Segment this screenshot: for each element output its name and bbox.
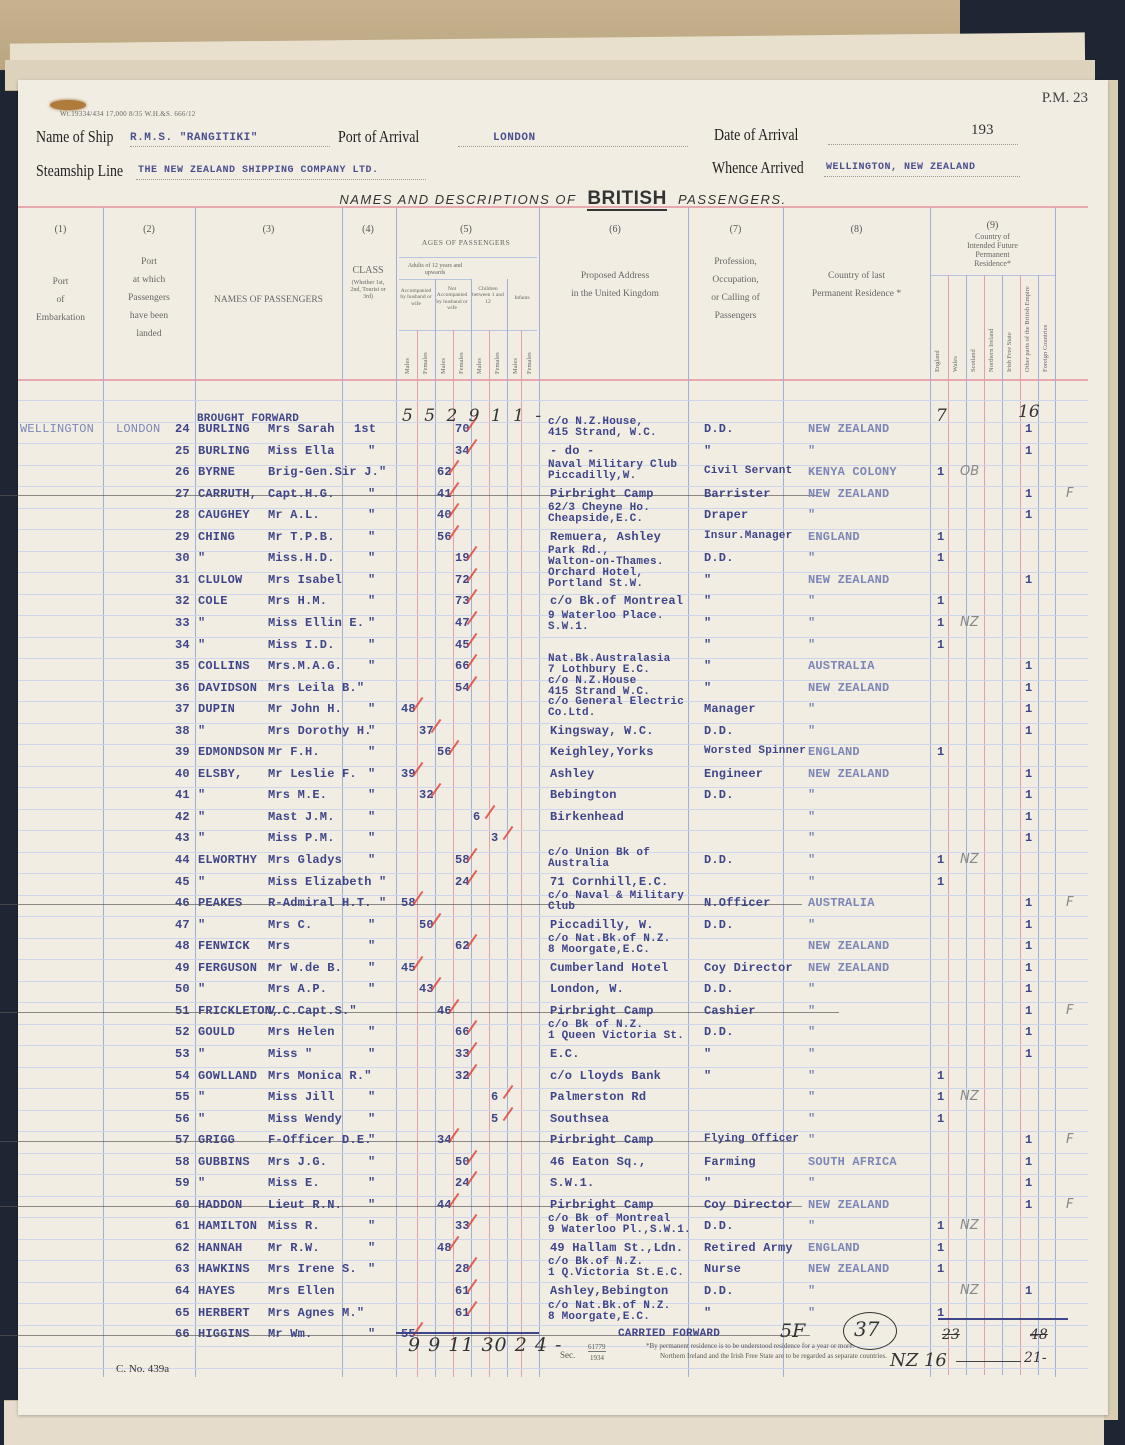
passenger-number: 46 — [175, 896, 190, 910]
proposed-address: 46 Eaton Sq., — [550, 1155, 646, 1169]
passenger-surname: FENWICK — [198, 939, 250, 953]
last-residence: NEW ZEALAND — [808, 767, 889, 781]
passenger-age: 3 — [491, 831, 498, 845]
passenger-given-name: Miss E. — [268, 1176, 320, 1190]
males-subheader: Males — [404, 338, 411, 374]
passenger-class: " — [368, 1219, 375, 1233]
passenger-surname: " — [198, 1112, 205, 1126]
passenger-number: 55 — [175, 1090, 190, 1104]
passenger-given-name: Mrs A.P. — [268, 982, 327, 996]
last-residence: NEW ZEALAND — [808, 1198, 889, 1212]
passenger-given-name: Mrs Helen — [268, 1025, 335, 1039]
last-residence: " — [808, 508, 815, 522]
passenger-given-name: Miss " — [268, 1047, 312, 1061]
proposed-address: Piccadilly, W. — [550, 918, 654, 932]
brought-forward-label: BROUGHT FORWARD — [197, 413, 299, 425]
table-row: 38"Mrs Dorothy H."37Kingsway, W.C.D.D."1 — [18, 722, 1088, 744]
passenger-number: 45 — [175, 875, 190, 889]
passenger-given-name: Miss Jill — [268, 1090, 335, 1104]
intended-residence-mark: 1 — [1025, 982, 1032, 996]
ship-name-value: R.M.S. "RANGITIKI" — [130, 132, 258, 144]
column-header-ages: (5) AGES OF PASSENGERS — [396, 220, 536, 247]
proposed-address-line-2: Australia — [548, 859, 609, 869]
occupation: D.D. — [704, 918, 734, 932]
pencil-annotation: F — [1066, 1197, 1073, 1212]
passenger-class: " — [368, 853, 375, 867]
passenger-number: 65 — [175, 1306, 190, 1320]
form-id: P.M. 23 — [1042, 90, 1088, 107]
intended-residence-mark: 1 — [937, 638, 944, 652]
table-row: 28CAUGHEYMr A.L."4062/3 Cheyne Ho.Cheaps… — [18, 506, 1088, 528]
proposed-address-line-2: 1 Q.Victoria St.E.C. — [548, 1268, 684, 1278]
footnote: *By permanent residence is to be underst… — [646, 1342, 887, 1362]
brought-forward-england-total: 7 — [936, 406, 947, 426]
table-row: 39EDMONDSONMr F.H."56Keighley,YorksWorst… — [18, 743, 1088, 765]
passenger-class: " — [368, 1047, 375, 1061]
proposed-address-line-2: 1 Queen Victoria St. — [548, 1031, 684, 1041]
last-residence: NEW ZEALAND — [808, 1262, 889, 1276]
passenger-given-name: Miss Ellin E. — [268, 616, 364, 630]
passenger-class: " — [368, 1090, 375, 1104]
intended-residence-mark: 1 — [1025, 1176, 1032, 1190]
occupation: D.D. — [704, 1219, 734, 1233]
passenger-number: 39 — [175, 745, 190, 759]
occupation: Flying Officer — [704, 1133, 799, 1145]
intended-residence-mark: 1 — [1025, 1198, 1032, 1212]
passenger-given-name: Mrs Ellen — [268, 1284, 335, 1298]
proposed-address-line-1: c/o N.Z.House, — [548, 417, 643, 427]
passenger-number: 52 — [175, 1025, 190, 1039]
passenger-class: " — [368, 1262, 375, 1276]
occupation: Civil Servant — [704, 465, 792, 477]
passenger-surname: " — [198, 724, 205, 738]
header-bottom-rule — [18, 379, 1088, 381]
passenger-number: 53 — [175, 1047, 190, 1061]
passenger-class: " — [368, 487, 375, 501]
passenger-surname: HAWKINS — [198, 1262, 250, 1276]
passenger-given-name: Brig-Gen.Sir J." — [268, 465, 386, 479]
passenger-class: " — [368, 724, 375, 738]
table-row: 55"Miss Jill"6Palmerston Rd"1NZ — [18, 1088, 1088, 1110]
proposed-address: London, W. — [550, 982, 624, 996]
last-residence: " — [808, 1025, 815, 1039]
occupation: D.D. — [704, 724, 734, 738]
steamship-line-field: Steamship Line — [36, 161, 123, 181]
passenger-given-name: Mrs H.M. — [268, 594, 327, 608]
intended-residence-mark: 1 — [1025, 659, 1032, 673]
proposed-address-line-1: 62/3 Cheyne Ho. — [548, 503, 650, 513]
occupation: Barrister — [704, 487, 771, 501]
intended-residence-mark: 1 — [937, 616, 944, 630]
intended-residence-mark: 1 — [937, 530, 944, 544]
column-header-profession: (7) Profession, Occupation, or Calling o… — [688, 220, 783, 325]
females-subheader: Females — [526, 338, 533, 374]
column-header-port-landed: (2) Port at which Passengers have been l… — [103, 220, 195, 343]
proposed-address-line-1: Park Rd., — [548, 546, 609, 556]
table-row: 44ELWORTHYMrs Gladys"58c/o Union Bk ofAu… — [18, 851, 1088, 873]
occupation: " — [704, 616, 711, 630]
occupation: " — [704, 594, 711, 608]
passenger-class: " — [368, 1241, 375, 1255]
passenger-class: " — [368, 767, 375, 781]
passenger-number: 29 — [175, 530, 190, 544]
c-number: C. No. 439a — [116, 1363, 169, 1375]
header-top-rule — [18, 206, 1088, 208]
proposed-address-line-2: Club — [548, 902, 575, 912]
passenger-class: " — [368, 745, 375, 759]
passenger-number: 50 — [175, 982, 190, 996]
passenger-surname: " — [198, 616, 205, 630]
passenger-class: " — [368, 1025, 375, 1039]
passenger-number: 47 — [175, 918, 190, 932]
date-of-arrival-value: 193 — [971, 122, 994, 139]
last-residence: " — [808, 1112, 815, 1126]
intended-residence-mark: 1 — [1025, 1133, 1032, 1147]
empire-total-final: 21- — [1024, 1350, 1047, 1366]
passenger-number: 61 — [175, 1219, 190, 1233]
intended-residence-mark: 1 — [937, 853, 944, 867]
occupation: Engineer — [704, 767, 763, 781]
passenger-number: 34 — [175, 638, 190, 652]
intended-residence-mark: 1 — [1025, 896, 1032, 910]
table-row: WELLINGTONLONDON24BURLINGMrs Sarah1st70c… — [18, 420, 1088, 442]
table-row: 42"Mast J.M."6Birkenhead"1 — [18, 808, 1088, 830]
passenger-given-name: Mr A.L. — [268, 508, 320, 522]
passenger-surname: BURLING — [198, 444, 250, 458]
proposed-address-line-2: Piccadilly,W. — [548, 471, 636, 481]
ages-adults-subheader: Adults of 12 years and upwards — [400, 263, 470, 277]
passenger-given-name: Mr F.H. — [268, 745, 320, 759]
last-residence: " — [808, 594, 815, 608]
intended-residence-mark: 1 — [937, 745, 944, 759]
passenger-surname: " — [198, 1176, 205, 1190]
passenger-number: 40 — [175, 767, 190, 781]
occupation: Worsted Spinner — [704, 745, 806, 757]
proposed-address-line-2: 415 Strand W.C. — [548, 687, 650, 697]
intended-residence-mark: 1 — [1025, 810, 1032, 824]
passenger-given-name: Miss Ella — [268, 444, 335, 458]
rust-pin-icon — [50, 100, 86, 110]
intended-residence-mark: 1 — [1025, 487, 1032, 501]
proposed-address-line-1: c/o Union Bk of — [548, 848, 650, 858]
passenger-given-name: Mr Wm. — [268, 1327, 312, 1341]
pencil-annotation: NZ — [960, 1089, 979, 1104]
proposed-address-line-1: c/o Bk of Montreal — [548, 1214, 670, 1224]
proposed-address: Pirbright Camp — [550, 1004, 654, 1018]
proposed-address-line-1: c/o General Electric — [548, 697, 684, 707]
last-residence: " — [808, 788, 815, 802]
proposed-address: Kingsway, W.C. — [550, 724, 654, 738]
totals-underline — [938, 1318, 1068, 1320]
occupation: " — [704, 1176, 711, 1190]
passenger-surname: CHING — [198, 530, 235, 544]
passenger-surname: FERGUSON — [198, 961, 257, 975]
passenger-surname: COLLINS — [198, 659, 250, 673]
last-residence: " — [808, 638, 815, 652]
proposed-address: 49 Hallam St.,Ldn. — [550, 1241, 683, 1255]
passenger-number: 42 — [175, 810, 190, 824]
passenger-given-name: Mrs Agnes M." — [268, 1306, 364, 1320]
proposed-address-line-1: c/o Naval & Military — [548, 891, 684, 901]
passenger-number: 35 — [175, 659, 190, 673]
passenger-surname: " — [198, 831, 205, 845]
passenger-age: 5 — [491, 1112, 498, 1126]
last-residence: " — [808, 1306, 815, 1320]
table-row: 37DUPINMr John H."48c/o General Electric… — [18, 700, 1088, 722]
table-row: 54GOWLLANDMrs Monica R."32c/o Lloyds Ban… — [18, 1067, 1088, 1089]
passenger-class: " — [368, 788, 375, 802]
passenger-given-name: Mrs C. — [268, 918, 312, 932]
section-ref: 61779 — [588, 1343, 606, 1352]
pencil-annotation: F — [1066, 1003, 1073, 1018]
intended-residence-mark: 1 — [1025, 1155, 1032, 1169]
occupation: " — [704, 638, 711, 652]
passenger-class: " — [368, 659, 375, 673]
last-residence: " — [808, 1176, 815, 1190]
last-residence: " — [808, 918, 815, 932]
carried-forward-age-totals: 9 9 11 30 2 4 - — [408, 1334, 562, 1356]
passenger-given-name: Mrs M.E. — [268, 788, 327, 802]
occupation: Retired Army — [704, 1241, 793, 1255]
last-residence: NEW ZEALAND — [808, 681, 889, 695]
occupation: D.D. — [704, 1284, 734, 1298]
table-row: 49FERGUSONMr W.de B."45Cumberland HotelC… — [18, 959, 1088, 981]
table-row: 41"Mrs M.E."32BebingtonD.D."1 — [18, 786, 1088, 808]
occupation: Coy Director — [704, 961, 793, 975]
occupation: Coy Director — [704, 1198, 793, 1212]
passenger-number: 62 — [175, 1241, 190, 1255]
passenger-number: 57 — [175, 1133, 190, 1147]
intended-residence-mark: 1 — [1025, 1025, 1032, 1039]
intended-residence-mark: 1 — [1025, 422, 1032, 436]
pencil-annotation: F — [1066, 1132, 1073, 1147]
proposed-address-line-1: c/o Bk.of N.Z. — [548, 1257, 643, 1267]
table-row: 53"Miss ""33E.C.""1 — [18, 1045, 1088, 1067]
intended-residence-subheader: Wales — [952, 280, 959, 372]
passenger-given-name: Mast J.M. — [268, 810, 335, 824]
passenger-given-name: F-Officer D.E. — [268, 1133, 372, 1147]
circled-total-value: 37 — [854, 1317, 879, 1341]
proposed-address-line-1: c/o Nat.Bk.of N.Z. — [548, 1301, 670, 1311]
port-of-arrival-field: Port of Arrival — [338, 127, 419, 147]
intended-residence-mark: 1 — [1025, 444, 1032, 458]
last-residence: " — [808, 444, 815, 458]
passenger-surname: HADDON — [198, 1198, 242, 1212]
passenger-number: 36 — [175, 681, 190, 695]
passenger-class: " — [368, 444, 375, 458]
last-residence: NEW ZEALAND — [808, 422, 889, 436]
passenger-given-name: V.C.Capt.S." — [268, 1004, 357, 1018]
occupation: D.D. — [704, 422, 734, 436]
england-total-struck: 23 — [942, 1327, 960, 1343]
proposed-address: Pirbright Camp — [550, 487, 654, 501]
passenger-given-name: Miss P.M. — [268, 831, 335, 845]
pencil-annotation: NZ — [960, 1283, 979, 1298]
empire-total-struck: 48 — [1030, 1327, 1048, 1343]
passenger-surname: HAMILTON — [198, 1219, 257, 1233]
intended-residence-mark: 1 — [937, 1112, 944, 1126]
table-row: 61HAMILTONMiss R."33c/o Bk of Montreal9 … — [18, 1217, 1088, 1239]
proposed-address: c/o Bk.of Montreal — [550, 594, 683, 608]
passenger-given-name: Mr John H. — [268, 702, 342, 716]
proposed-address: Ashley,Bebington — [550, 1284, 668, 1298]
column-header-proposed-address: (6) Proposed Address in the United Kingd… — [542, 220, 688, 303]
ages-children-subheader: Children between 1 and 12 — [471, 286, 505, 305]
intended-residence-mark: 1 — [1025, 1047, 1032, 1061]
last-residence: " — [808, 1004, 815, 1018]
last-residence: ENGLAND — [808, 1241, 860, 1255]
proposed-address: 71 Cornhill,E.C. — [550, 875, 668, 889]
intended-residence-mark: 1 — [1025, 788, 1032, 802]
passenger-class: " — [368, 530, 375, 544]
last-residence: " — [808, 982, 815, 996]
proposed-address-line-1: c/o N.Z.House — [548, 676, 636, 686]
table-row: 52GOULDMrs Helen"66c/o Bk of N.Z.1 Queen… — [18, 1023, 1088, 1045]
passenger-age: 6 — [491, 1090, 498, 1104]
nz-note: NZ 16 — [890, 1350, 947, 1371]
intended-residence-subheader: England — [934, 280, 941, 372]
passenger-given-name: Miss.H.D. — [268, 551, 335, 565]
proposed-address: Ashley — [550, 767, 594, 781]
port-of-arrival-value: LONDON — [493, 132, 536, 144]
intended-residence-mark: 1 — [1025, 573, 1032, 587]
last-residence: NEW ZEALAND — [808, 939, 889, 953]
proposed-address-line-1: c/o Bk of N.Z. — [548, 1020, 643, 1030]
passenger-surname: HANNAH — [198, 1241, 242, 1255]
last-residence: SOUTH AFRICA — [808, 1155, 897, 1169]
passenger-class: " — [368, 551, 375, 565]
intended-residence-mark: 1 — [937, 1090, 944, 1104]
passenger-number: 43 — [175, 831, 190, 845]
last-residence: NEW ZEALAND — [808, 961, 889, 975]
last-residence: " — [808, 1069, 815, 1083]
intended-residence-mark: 1 — [1025, 724, 1032, 738]
proposed-address: Birkenhead — [550, 810, 624, 824]
passenger-given-name: R-Admiral H.T. " — [268, 896, 386, 910]
passenger-given-name: Mrs J.G. — [268, 1155, 327, 1169]
passenger-surname: COLE — [198, 594, 228, 608]
intended-residence-mark: 1 — [937, 1219, 944, 1233]
passenger-given-name: Miss R. — [268, 1219, 320, 1233]
last-residence: " — [808, 831, 815, 845]
passenger-surname: GOWLLAND — [198, 1069, 257, 1083]
section-label: Sec. — [560, 1350, 575, 1360]
occupation: D.D. — [704, 551, 734, 565]
passenger-number: 28 — [175, 508, 190, 522]
last-residence: " — [808, 1133, 815, 1147]
passenger-class: " — [368, 1133, 375, 1147]
column-header-class: (4) CLASS (Whether 1st, 2nd, Tourist or … — [342, 220, 394, 301]
last-residence: " — [808, 551, 815, 565]
passenger-number: 56 — [175, 1112, 190, 1126]
pencil-annotation: OB — [960, 464, 979, 479]
last-residence: ENGLAND — [808, 745, 860, 759]
occupation: Insur.Manager — [704, 530, 792, 542]
passenger-surname: HERBERT — [198, 1306, 250, 1320]
occupation: D.D. — [704, 982, 734, 996]
table-row: 63HAWKINSMrs Irene S."28c/o Bk.of N.Z.1 … — [18, 1260, 1088, 1282]
table-row: 26BYRNEBrig-Gen.Sir J."62Naval Military … — [18, 463, 1088, 485]
passenger-surname: " — [198, 918, 205, 932]
proposed-address: Remuera, Ashley — [550, 530, 661, 544]
passenger-class: " — [368, 1155, 375, 1169]
proposed-address: - do - — [550, 444, 594, 458]
last-residence: " — [808, 616, 815, 630]
passenger-surname: PEAKES — [198, 896, 242, 910]
passenger-given-name: Mrs.M.A.G. — [268, 659, 342, 673]
proposed-address: S.W.1. — [550, 1176, 594, 1190]
passenger-given-name: Miss I.D. — [268, 638, 335, 652]
passenger-number: 66 — [175, 1327, 190, 1341]
intended-residence-mark: 1 — [1025, 767, 1032, 781]
passenger-number: 33 — [175, 616, 190, 630]
passenger-number: 37 — [175, 702, 190, 716]
passenger-number: 48 — [175, 939, 190, 953]
intended-residence-mark: 1 — [1025, 1284, 1032, 1298]
table-row: 46PEAKESR-Admiral H.T. "58c/o Naval & Mi… — [18, 894, 1088, 916]
passenger-number: 27 — [175, 487, 190, 501]
passenger-number: 59 — [175, 1176, 190, 1190]
occupation: N.Officer — [704, 896, 771, 910]
passenger-class: " — [368, 508, 375, 522]
passenger-number: 32 — [175, 594, 190, 608]
passenger-class: " — [368, 616, 375, 630]
passenger-number: 30 — [175, 551, 190, 565]
pencil-annotation: NZ — [960, 852, 979, 867]
occupation: " — [704, 659, 711, 673]
table-row: 57GRIGGF-Officer D.E."34Pirbright CampFl… — [18, 1131, 1088, 1153]
males-subheader: Males — [476, 338, 483, 374]
proposed-address-line-2: Portland St.W. — [548, 579, 643, 589]
proposed-address-line-2: Cheapside,E.C. — [548, 514, 643, 524]
table-row: 59"Miss E."24S.W.1.""1 — [18, 1174, 1088, 1196]
last-residence: ENGLAND — [808, 530, 860, 544]
passenger-number: 26 — [175, 465, 190, 479]
last-residence: " — [808, 875, 815, 889]
passenger-surname: " — [198, 638, 205, 652]
passenger-class: " — [368, 831, 375, 845]
passenger-class: " — [368, 982, 375, 996]
proposed-address-line-2: Walton-on-Thames. — [548, 557, 664, 567]
brought-forward-empire-total: 16 — [1018, 402, 1040, 422]
passenger-class: " — [368, 1112, 375, 1126]
ages-not-accompanied-subheader: Not Accompanied by husband or wife — [435, 286, 469, 311]
last-residence: " — [808, 1090, 815, 1104]
passenger-surname: CARRUTH, — [198, 487, 257, 501]
passenger-given-name: Miss Elizabeth " — [268, 875, 386, 889]
last-residence: " — [808, 810, 815, 824]
intended-residence-subheader: Scotland — [970, 280, 977, 372]
passenger-surname: " — [198, 551, 205, 565]
passenger-given-name: Mrs — [268, 939, 290, 953]
last-residence: KENYA COLONY — [808, 465, 897, 479]
table-row: 31CLULOWMrs Isabel"72Orchard Hotel,Portl… — [18, 571, 1088, 593]
occupation: Farming — [704, 1155, 756, 1169]
passenger-surname: HAYES — [198, 1284, 235, 1298]
passenger-given-name: Mrs Monica R." — [268, 1069, 372, 1083]
passenger-number: 58 — [175, 1155, 190, 1169]
passenger-surname: " — [198, 1047, 205, 1061]
print-reference: Wt.19334/434 17,000 8/35 W.H.&S. 666/12 — [60, 110, 196, 118]
passenger-given-name: Mrs Isabel — [268, 573, 342, 587]
intended-residence-subheader: Foreign Countries — [1042, 280, 1049, 372]
intended-residence-mark: 1 — [937, 594, 944, 608]
intended-residence-mark: 1 — [1025, 831, 1032, 845]
intended-residence-mark: 1 — [1025, 918, 1032, 932]
occupation: Nurse — [704, 1262, 741, 1276]
passenger-surname: CAUGHEY — [198, 508, 250, 522]
proposed-address: c/o Lloyds Bank — [550, 1069, 661, 1083]
